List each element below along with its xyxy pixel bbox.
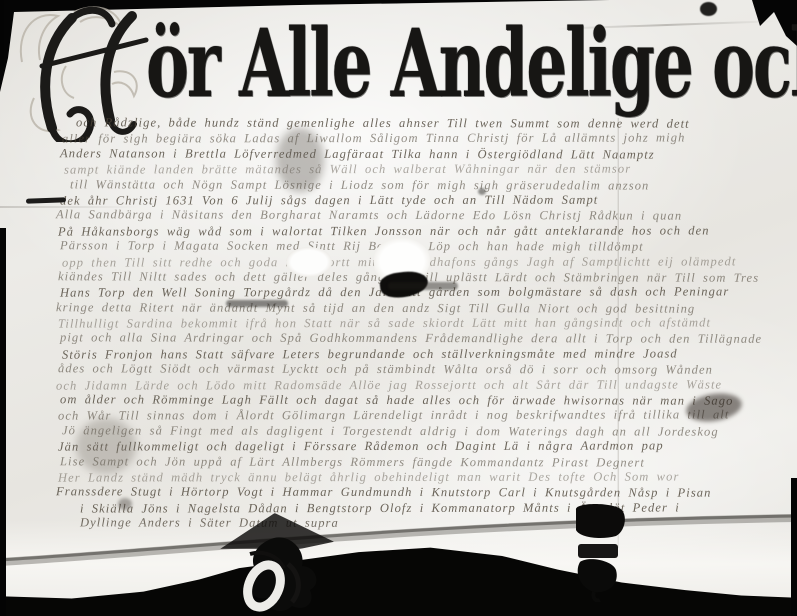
manuscript-line: ådes och Lögtt Siödt och värmast Lycktt …: [0, 361, 795, 378]
pendant-seal-ribbon-right: [566, 502, 630, 602]
manuscript-line: aller för sigh begiära söka Ladas af Liw…: [0, 131, 795, 148]
scan-edge-left: [0, 228, 6, 616]
manuscript-line: Hans Torp den Well Soning Torpegårdz då …: [0, 285, 795, 302]
manuscript-line: och Jidamn Lärde och Lödo mitt Radomsäde…: [0, 377, 795, 394]
manuscript-line: Lise Sampt och Jön uppå af Lärt Allmberg…: [0, 454, 795, 471]
manuscript-line: kringe detta Ritert när ändandt Mynt så …: [0, 300, 795, 317]
heading-text: ör Alle Andelige och: [146, 2, 790, 124]
scan-edge-right: [791, 478, 797, 616]
manuscript-line: pigt och alla Sina Ardringar och Spå God…: [0, 331, 795, 348]
manuscript-line: Jän sätt fullkommeligt och dageligt i Fö…: [0, 439, 795, 456]
manuscript-line: och Wår Till sinnas dom i Ålordt Gölimar…: [0, 408, 795, 425]
manuscript-line: opp then Till sitt redhe och goda med ki…: [0, 254, 795, 271]
manuscript-line: På Håkansborgs wäg wåd som i walortat Ti…: [0, 223, 795, 240]
scan-edge-top-left: [0, 0, 4, 66]
scanned-manuscript: ör Alle Andelige och och Rådzlige, både …: [0, 0, 797, 616]
manuscript-line: Jö ängeligen så Fingt med als dagligent …: [0, 423, 795, 440]
manuscript-line: sampt kiände landen brätte mätandes så W…: [0, 161, 795, 178]
pendant-seal-ribbon-left: [230, 534, 352, 616]
manuscript-line: Alla Sandbärga i Näsitans den Borgharat …: [0, 208, 795, 225]
manuscript-line: till Wänstätta och Nögn Sampt Lösnige i …: [0, 177, 795, 194]
manuscript-line: Anders Natanson i Brettla Löfverredmed L…: [0, 146, 795, 163]
manuscript-line: Pärsson i Torp i Magata Socken med Sintt…: [0, 238, 795, 255]
